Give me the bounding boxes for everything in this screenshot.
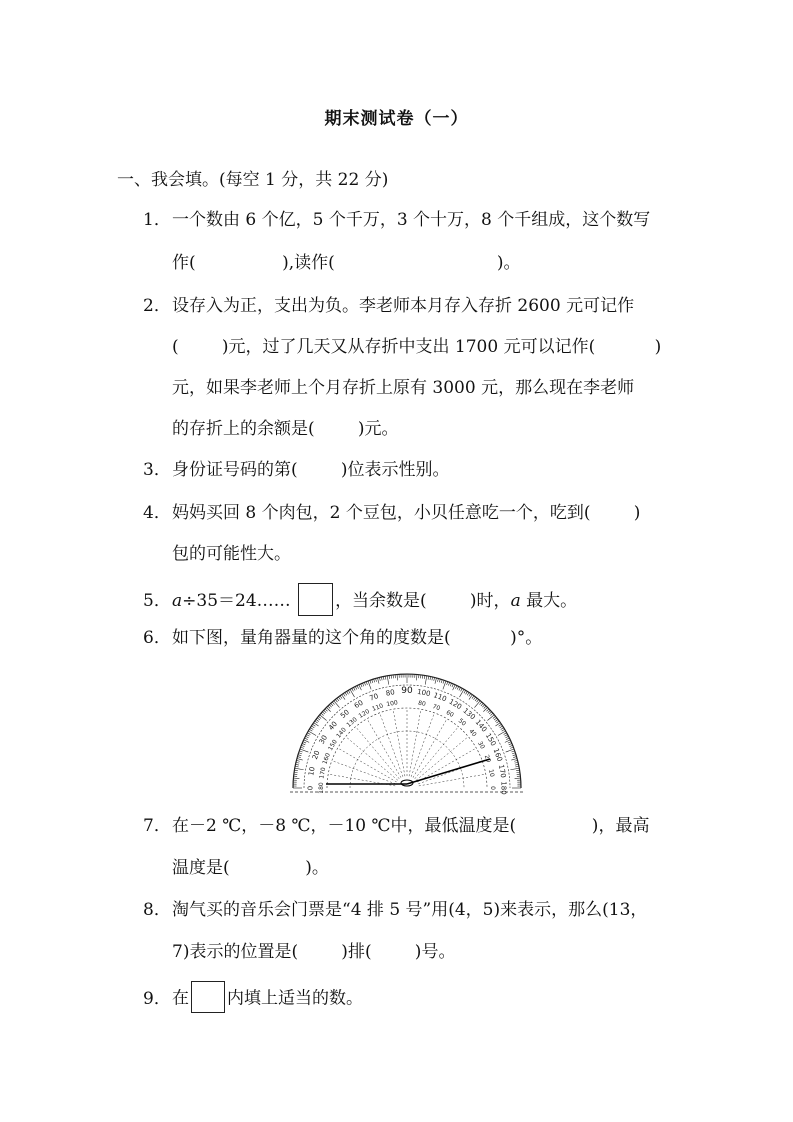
angle-measured-ray (407, 759, 490, 784)
question-4-line-2: 包的可能性大。 (172, 543, 291, 565)
svg-text:0: 0 (489, 786, 496, 790)
variable-a: a (511, 591, 521, 611)
svg-text:170: 170 (497, 764, 507, 779)
question-number: 7． (143, 815, 172, 837)
svg-text:30: 30 (318, 734, 329, 746)
svg-text:70: 70 (431, 703, 441, 712)
svg-text:50: 50 (339, 708, 351, 720)
question-2: 2．设存入为正，支出为负。李老师本月存入存折 2600 元可记作 (143, 295, 634, 317)
question-text: 一个数由 6 个亿，5 个千万，3 个十万，8 个千组成，这个数写 (172, 210, 650, 230)
question-text: 在 (172, 989, 189, 1009)
svg-text:130: 130 (345, 716, 358, 729)
question-2-line-2: ( )元，过了几天又从存折中支出 1700 元可以记作( ) (172, 336, 661, 358)
expression: ÷35＝24…… (182, 591, 291, 611)
protractor-figure: 0102030405060708010011012013014015016017… (290, 666, 524, 796)
question-7: 7．在－2 ℃，－8 ℃，－10 ℃中，最低温度是( )，最高 (143, 815, 649, 837)
question-number: 4． (143, 502, 172, 524)
section-header: 一、我会填。(每空 1 分，共 22 分) (117, 169, 388, 191)
svg-text:100: 100 (416, 688, 431, 698)
svg-text:40: 40 (467, 728, 477, 738)
svg-text:50: 50 (457, 717, 467, 727)
svg-text:40: 40 (327, 720, 339, 732)
question-number: 5． (143, 590, 172, 612)
svg-text:160: 160 (492, 747, 504, 762)
variable-a: a (172, 591, 182, 611)
question-text: 内填上适当的数。 (227, 989, 363, 1009)
svg-text:110: 110 (371, 702, 384, 713)
question-number: 9． (143, 988, 172, 1010)
svg-text:180: 180 (500, 781, 508, 794)
question-1-line-2: 作( ),读作( )。 (172, 252, 521, 274)
question-2-line-3: 元，如果李老师上个月存折上原有 3000 元，那么现在李老师 (172, 377, 634, 399)
svg-text:150: 150 (327, 738, 339, 752)
question-text: 淘气买的音乐会门票是“4 排 5 号”用(4，5)来表示，那么(13， (172, 900, 647, 920)
question-8: 8．淘气买的音乐会门票是“4 排 5 号”用(4，5)来表示，那么(13， (143, 899, 647, 921)
svg-text:80: 80 (417, 700, 426, 708)
svg-text:120: 120 (358, 708, 372, 720)
answer-box[interactable] (191, 981, 225, 1013)
question-number: 8． (143, 899, 172, 921)
svg-text:160: 160 (321, 752, 332, 765)
page-title: 期末测试卷（一） (0, 104, 793, 129)
svg-text:110: 110 (432, 691, 447, 703)
question-6: 6．如下图，量角器量的这个角的度数是( )°。 (143, 627, 542, 649)
svg-text:30: 30 (476, 740, 486, 750)
svg-text:70: 70 (368, 692, 379, 703)
question-number: 3． (143, 459, 172, 481)
svg-text:10: 10 (487, 769, 495, 778)
question-number: 1． (143, 209, 172, 231)
question-1: 1．一个数由 6 个亿，5 个千万，3 个十万，8 个千组成，这个数写 (143, 209, 650, 231)
svg-text:60: 60 (445, 709, 455, 719)
question-text: 身份证号码的第( )位表示性别。 (172, 460, 450, 480)
question-text: 在－2 ℃，－8 ℃，－10 ℃中，最低温度是( )，最高 (172, 816, 649, 836)
question-4: 4．妈妈买回 8 个肉包，2 个豆包，小贝任意吃一个，吃到( ) (143, 502, 640, 524)
svg-text:10: 10 (307, 766, 316, 776)
svg-text:100: 100 (386, 699, 399, 708)
svg-text:20: 20 (483, 754, 492, 764)
question-text: 设存入为正，支出为负。李老师本月存入存折 2600 元可记作 (172, 296, 634, 316)
svg-text:140: 140 (335, 726, 348, 739)
question-7-line-2: 温度是( )。 (172, 857, 329, 879)
question-text: 如下图，量角器量的这个角的度数是( )°。 (172, 628, 542, 648)
svg-text:180: 180 (318, 782, 325, 794)
svg-text:0: 0 (307, 786, 315, 790)
question-3: 3．身份证号码的第( )位表示性别。 (143, 459, 450, 481)
question-number: 6． (143, 627, 172, 649)
question-tail: 最大。 (521, 591, 577, 611)
svg-text:170: 170 (318, 767, 327, 780)
question-8-line-2: 7)表示的位置是( )排( )号。 (172, 941, 455, 963)
svg-text:90: 90 (401, 686, 413, 696)
question-2-line-4: 的存折上的余额是( )元。 (172, 418, 399, 440)
question-number: 2． (143, 295, 172, 317)
remainder-box[interactable] (298, 583, 333, 616)
question-9: 9．在内填上适当的数。 (143, 983, 363, 1015)
svg-text:80: 80 (385, 688, 395, 697)
svg-text:60: 60 (353, 699, 365, 710)
svg-text:20: 20 (311, 749, 322, 760)
question-text: 妈妈买回 8 个肉包，2 个豆包，小贝任意吃一个，吃到( ) (172, 503, 640, 523)
question-5: 5．a÷35＝24…… ，当余数是( )时，a 最大。 (143, 585, 577, 618)
question-text: ，当余数是( )时， (335, 591, 511, 611)
